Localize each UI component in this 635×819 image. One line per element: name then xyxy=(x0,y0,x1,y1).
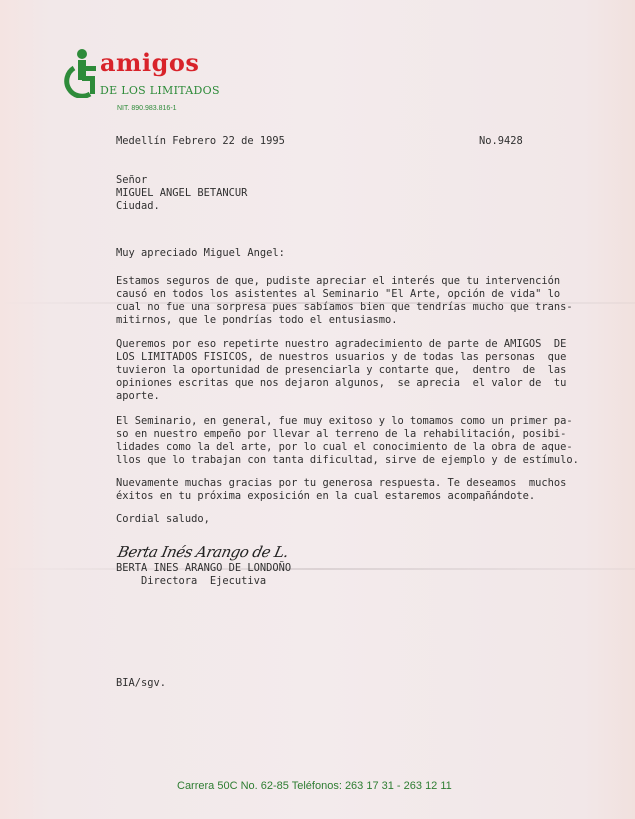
paragraph-line: LOS LIMITADOS FISICOS, de nuestros usuar… xyxy=(116,351,526,364)
paragraph-line: éxitos en tu próxima exposición en la cu… xyxy=(116,490,526,503)
paragraph-3: El Seminario, en general, fue muy exitos… xyxy=(116,415,526,467)
paragraph-line: aporte. xyxy=(116,390,526,403)
brand-name: amigos xyxy=(100,48,199,77)
paragraph-1: Estamos seguros de que, pudiste apreciar… xyxy=(116,275,526,327)
paragraph-line: tuvieron la oportunidad de presenciarla … xyxy=(116,364,526,377)
greeting: Muy apreciado Miguel Angel: xyxy=(116,247,285,260)
recipient-city: Ciudad. xyxy=(116,200,160,213)
tax-id: NIT. 890.983.816-1 xyxy=(117,105,177,112)
signatory-title: Directora Ejecutiva xyxy=(141,575,266,588)
recipient-name: MIGUEL ANGEL BETANCUR xyxy=(116,187,247,200)
paragraph-line: opiniones escritas que nos dejaron algun… xyxy=(116,377,526,390)
paragraph-line: Nuevamente muchas gracias por tu generos… xyxy=(116,477,526,490)
paragraph-line: so en nuestro empeño por llevar al terre… xyxy=(116,428,526,441)
footer-address: Carrera 50C No. 62-85 Teléfonos: 263 17 … xyxy=(177,780,452,792)
reference-initials: BIA/sgv. xyxy=(116,677,166,690)
paragraph-line: El Seminario, en general, fue muy exitos… xyxy=(116,415,526,428)
paragraph-2: Queremos por eso repetirte nuestro agrad… xyxy=(116,338,526,403)
recipient-title: Señor xyxy=(116,174,147,187)
paragraph-4: Nuevamente muchas gracias por tu generos… xyxy=(116,477,526,503)
place-date: Medellín Febrero 22 de 1995 xyxy=(116,135,285,148)
letter-number: No.9428 xyxy=(479,135,523,148)
signatory-name: BERTA INES ARANGO DE LONDOÑO xyxy=(116,562,291,575)
paragraph-line: causó en todos los asistentes al Seminar… xyxy=(116,288,526,301)
paragraph-line: lidades como la del arte, por lo cual el… xyxy=(116,441,526,454)
closing: Cordial saludo, xyxy=(116,513,210,526)
wheelchair-icon xyxy=(62,48,102,98)
paragraph-line: llos que lo trabajan con tanta dificulta… xyxy=(116,454,526,467)
paragraph-line: Queremos por eso repetirte nuestro agrad… xyxy=(116,338,526,351)
paper-fold-crease xyxy=(0,568,635,570)
paragraph-line: Estamos seguros de que, pudiste apreciar… xyxy=(116,275,526,288)
paragraph-line: cual no fue una sorpresa pues sabíamos b… xyxy=(116,301,526,314)
handwritten-signature: Berta Inés Arango de L. xyxy=(116,543,290,561)
paragraph-line: mitirnos, que le pondrías todo el entusi… xyxy=(116,314,526,327)
brand-subtitle: DE LOS LIMITADOS xyxy=(100,84,220,97)
